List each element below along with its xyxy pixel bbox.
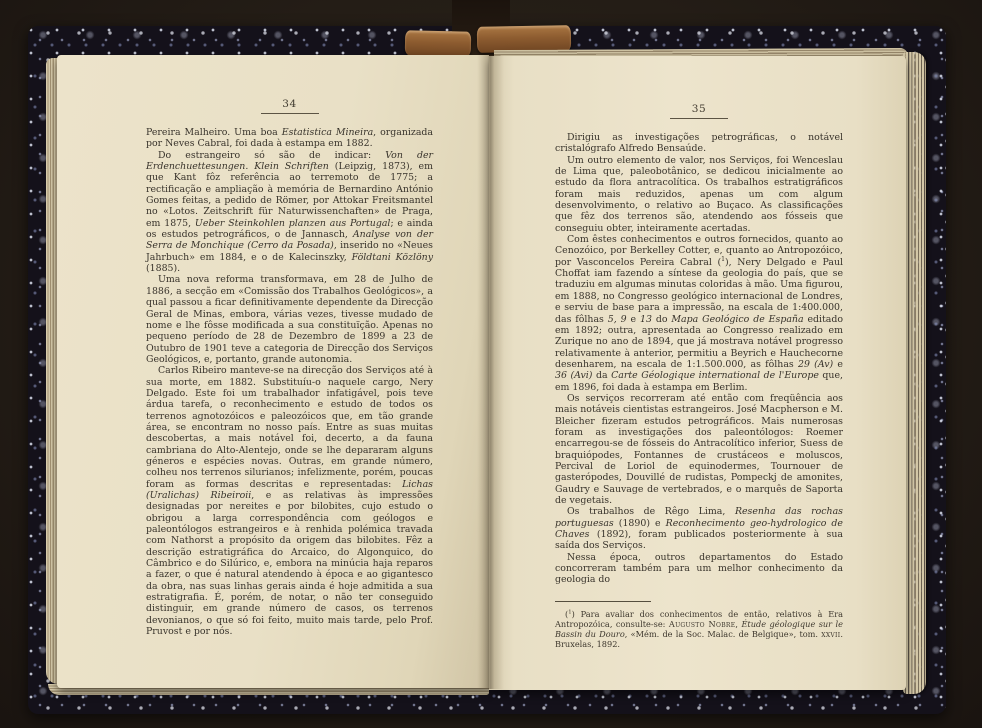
paragraph: Do estrangeiro só são de indicar: Von de… (146, 150, 433, 275)
text-segment: Pereira Malheiro. Uma boa (146, 127, 282, 138)
page-number-rule (261, 113, 319, 114)
paragraph: Nessa época, outros departamentos do Est… (555, 552, 843, 586)
paragraph: Pereira Malheiro. Uma boa Estatistica Mi… (146, 127, 433, 150)
footnote-block: (1) Para avaliar dos conhecimentos de en… (555, 601, 843, 650)
text-segment: 5, 9 (608, 314, 627, 325)
text-segment: da (592, 370, 611, 381)
page-number-left: 34 (146, 98, 433, 110)
text-segment: Nessa época, outros departamentos do Est… (555, 552, 843, 586)
right-page-text: 35 Dirigiu as investigações petrográfica… (555, 103, 843, 586)
text-segment: xxvii (821, 629, 840, 639)
left-page-body: Pereira Malheiro. Uma boa Estatistica Mi… (146, 127, 433, 637)
book-spread-photo: 34 Pereira Malheiro. Uma boa Estatistica… (0, 0, 982, 728)
footnote-text: (1) Para avaliar dos conhecimentos de en… (555, 610, 843, 650)
paragraph: Com êstes conhecimentos e outros forneci… (555, 234, 843, 393)
paragraph: Dirigiu as investigações petrográficas, … (555, 132, 843, 155)
text-segment: Dirigiu as investigações petrográficas, … (555, 132, 843, 154)
text-segment: Do estrangeiro só são de indicar: (158, 150, 385, 161)
right-page-header: 35 (555, 103, 843, 119)
text-segment: , «Mém. de la Soc. Malac. de Belgique», … (625, 629, 821, 639)
text-segment: Estatistica Mineira (282, 127, 373, 138)
text-segment: Ueber Steinkohlen planzen aus Portugal (195, 218, 391, 229)
right-page-body: Dirigiu as investigações petrográficas, … (555, 132, 843, 586)
leather-headcap-left (405, 30, 472, 56)
text-segment: Carlos Ribeiro manteve-se na direcção do… (146, 365, 433, 489)
text-segment: 29 (Av) (798, 359, 833, 370)
page-number-rule (670, 118, 728, 119)
text-segment: (1890) e (614, 518, 666, 529)
paragraph: Os serviços recorreram até então com fre… (555, 393, 843, 506)
text-segment: Földtani Közlöny (352, 252, 433, 263)
leather-headcap-right (477, 25, 571, 53)
text-segment: Mapa Geológico de España (671, 314, 803, 325)
text-segment: 13 (640, 314, 652, 325)
text-segment: (1885). (146, 263, 180, 274)
paragraph: Os trabalhos de Rêgo Lima, Resenha das r… (555, 506, 843, 551)
text-segment: Augusto Nobre (669, 619, 736, 629)
page-edges-fore (903, 52, 926, 694)
text-segment: 36 (Avi) (555, 370, 592, 381)
paragraph: Carlos Ribeiro manteve-se na direcção do… (146, 365, 433, 637)
text-segment: , e as relativas às impressões designada… (146, 490, 433, 637)
paragraph: Uma nova reforma transformava, em 28 de … (146, 274, 433, 365)
text-segment: Os trabalhos de Rêgo Lima, (567, 506, 735, 517)
text-segment: Os serviços recorreram até então com fre… (555, 393, 843, 506)
text-segment: Um outro elemento de valor, nos Serviços… (555, 155, 843, 234)
text-segment: (1892), foram publicados posteriormente … (555, 529, 843, 551)
text-segment: do (652, 314, 671, 325)
text-segment: Uma nova reforma transformava, em 28 de … (146, 274, 433, 364)
footnote-rule (555, 601, 651, 602)
page-number-right: 35 (555, 103, 843, 115)
left-page-text: 34 Pereira Malheiro. Uma boa Estatistica… (146, 98, 433, 637)
text-segment: Carte Géologique international de l'Euro… (611, 370, 819, 381)
left-page-header: 34 (146, 98, 433, 114)
text-segment: e (833, 359, 843, 370)
gutter-shadow (477, 55, 504, 689)
paragraph: Um outro elemento de valor, nos Serviços… (555, 155, 843, 234)
text-segment: e (627, 314, 640, 325)
